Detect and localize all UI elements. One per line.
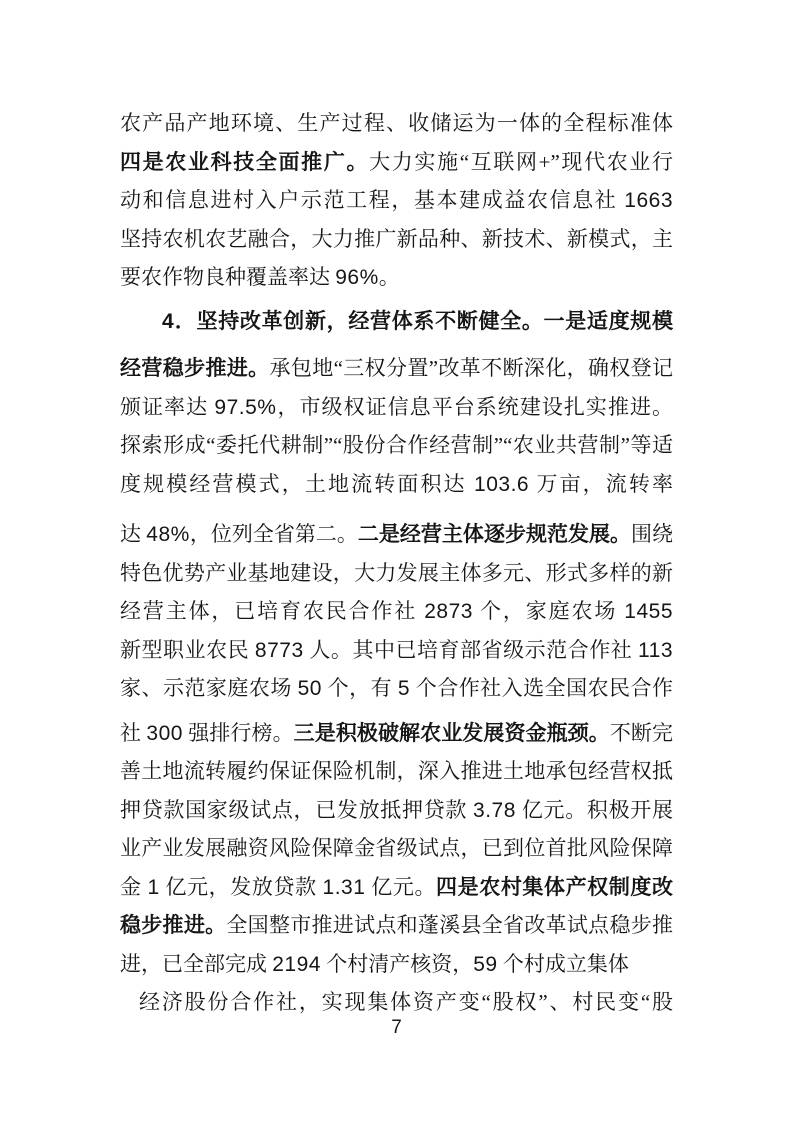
text-line: 经营稳步推进。承包地“三权分置”改革不断深化，确权登记 [120,349,673,388]
text-run: 要农作物良种覆盖率达 96%。 [120,265,400,289]
text-line: 业产业发展融资风险保障金省级试点，已到位首批风险保障 [120,829,673,868]
text-line: 特色优势产业基地建设，大力发展主体多元、形式多样的新型 [120,554,673,593]
text-line: 押贷款国家级试点，已发放抵押贷款 3.78 亿元。积极开展农 [120,791,673,830]
document-body: 农产品产地环境、生产过程、收储运为一体的全程标准体系。四是农业科技全面推广。大力… [120,104,673,1022]
numeral: 2873 [424,600,473,623]
paragraph-standards-and-tech: 农产品产地环境、生产过程、收储运为一体的全程标准体系。四是农业科技全面推广。大力… [120,104,673,297]
numeral: 5 [398,677,410,700]
text-run: 达 48%，位列全省第二。 [120,522,358,546]
numeral: 1 [147,876,159,899]
numeral: 1663 [624,189,673,212]
text-run: 大力实施“互联网+”现代农业行 [369,150,673,174]
numeral: 300 [146,722,183,745]
text-run: 农产品产地环境、生产过程、收储运为一体的全程标准体系。 [120,111,673,143]
numeral: 1.31 [323,876,366,899]
text-line: 社 300 强排行榜。三是积极破解农业发展资金瓶颈。不断完 [120,714,673,753]
paragraph-scale-management: 经营稳步推进。承包地“三权分置”改革不断深化，确权登记颁证率达 97.5%，市级… [120,349,673,503]
numeral: 59 [473,953,497,976]
bold-text-run: 二是经营主体逐步规范发展。 [358,522,631,546]
text-run: 家、示范家庭农场 50 个，有 5 个合作社入选全国农民合作 [120,676,673,700]
text-run: 特色优势产业基地建设，大力发展主体多元、形式多样的新型 [120,561,673,593]
numeral: 1455 [624,600,673,623]
text-line: 度规模经营模式，土地流转面积达 103.6 万亩，流转率 [120,465,673,504]
text-run: 金 1 亿元，发放贷款 1.31 亿元。 [120,875,436,899]
text-run: 度规模经营模式，土地流转面积达 103.6 万亩，流转率 [120,472,673,496]
text-run: 押贷款国家级试点，已发放抵押贷款 3.78 亿元。积极开展农 [120,798,673,830]
numeral: 8773 [255,639,304,662]
text-line: 要农作物良种覆盖率达 96%。 [120,258,673,297]
text-line: 颁证率达 97.5%，市级权证信息平台系统建设扎实推进。 [120,388,673,427]
bold-text-run: 稳步推进。 [120,913,226,937]
bold-text-run: 三是积极破解农业发展资金瓶颈。 [294,721,610,745]
text-run: 社 300 强排行榜。 [120,721,294,745]
heading-section-4: 4．坚持改革创新，经营体系不断健全。一是适度规模 [120,302,673,341]
text-line: 善土地流转履约保证保险机制，深入推进土地承包经营权抵 [120,752,673,791]
text-line: 稳步推进。全国整市推进试点和蓬溪县全省改革试点稳步推 [120,906,673,945]
numeral: 103.6 [474,473,529,496]
numeral: 113 [638,639,673,662]
text-run: 进，已全部完成 2194 个村清产核资，59 个村成立集体 [120,952,629,976]
numeral: 50 [298,677,322,700]
text-run: 经营主体，已培育农民合作社 2873 个，家庭农场 1455 个， [120,599,673,631]
text-run: 承包地“三权分置”改革不断深化，确权登记 [270,356,673,380]
bold-text-run: 4．坚持改革创新，经营体系不断健全。一是适度规模 [162,309,673,333]
numeral: 2194 [272,953,321,976]
text-line: 农产品产地环境、生产过程、收储运为一体的全程标准体系。 [120,104,673,143]
text-run: 颁证率达 97.5%，市级权证信息平台系统建设扎实推进。 [120,395,673,419]
text-line: 家、示范家庭农场 50 个，有 5 个合作社入选全国农民合作 [120,669,673,708]
text-run: 善土地流转履约保证保险机制，深入推进土地承包经营权抵 [120,759,673,783]
text-line: 四是农业科技全面推广。大力实施“互联网+”现代农业行 [120,143,673,182]
numeral: 97.5% [214,396,276,419]
page-footer: 7 [0,1016,793,1040]
numeral: 96% [335,266,379,289]
text-line: 经营主体，已培育农民合作社 2873 个，家庭农场 1455 个， [120,592,673,631]
text-line: 金 1 亿元，发放贷款 1.31 亿元。四是农村集体产权制度改革 [120,868,673,907]
numeral: 4 [162,310,174,333]
numeral: 48% [146,523,190,546]
text-run: 探索形成“委托代耕制”“股份合作经营制”“农业共营制”等适 [120,433,673,457]
text-line: 4．坚持改革创新，经营体系不断健全。一是适度规模 [120,302,673,341]
text-line: 达 48%，位列全省第二。二是经营主体逐步规范发展。围绕 [120,515,673,554]
text-line: 坚持农机农艺融合，大力推广新品种、新技术、新模式，主 [120,220,673,259]
page-number: 7 [391,1017,402,1038]
text-line: 探索形成“委托代耕制”“股份合作经营制”“农业共营制”等适 [120,426,673,465]
text-run: 新型职业农民 8773 人。其中已培育部省级示范合作社 113 [120,638,673,662]
numeral: 3.78 [473,799,516,822]
text-run: 业产业发展融资风险保障金省级试点，已到位首批风险保障 [120,836,673,860]
text-run: 动和信息进村入户示范工程，基本建成益农信息社 1663 个。 [120,188,673,220]
bold-text-run: 经营稳步推进。 [120,356,270,380]
text-run: 全国整市推进试点和蓬溪县全省改革试点稳步推 [226,913,673,937]
text-run: 坚持农机农艺融合，大力推广新品种、新技术、新模式，主 [120,227,673,251]
paragraph-business-entities: 达 48%，位列全省第二。二是经营主体逐步规范发展。围绕特色优势产业基地建设，大… [120,515,673,708]
text-line: 进，已全部完成 2194 个村清产核资，59 个村成立集体 [120,945,673,984]
paragraph-funding-and-reform: 社 300 强排行榜。三是积极破解农业发展资金瓶颈。不断完善土地流转履约保证保险… [120,714,673,984]
bold-text-run: 四是农业科技全面推广。 [120,150,369,174]
text-run: 围绕 [631,522,673,546]
text-line: 新型职业农民 8773 人。其中已培育部省级示范合作社 113 [120,631,673,670]
document-page: 农产品产地环境、生产过程、收储运为一体的全程标准体系。四是农业科技全面推广。大力… [0,0,793,1122]
text-line: 动和信息进村入户示范工程，基本建成益农信息社 1663 个。 [120,181,673,220]
text-run: 不断完 [610,721,673,745]
